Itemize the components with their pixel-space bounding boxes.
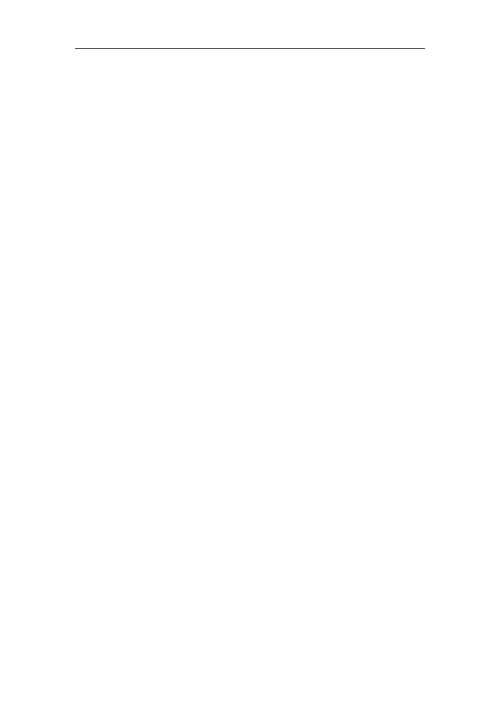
header-divider (75, 48, 425, 49)
